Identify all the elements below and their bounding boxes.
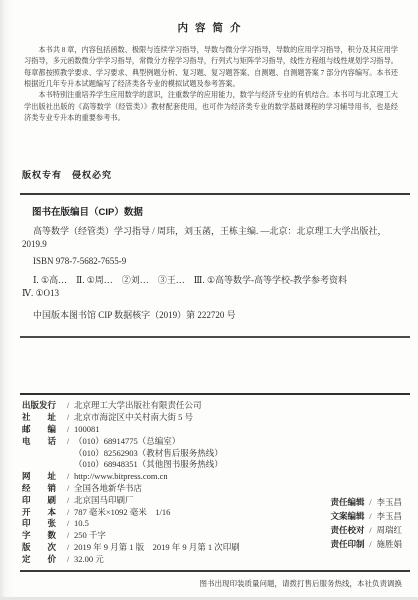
content-summary-paragraph-2: 本书特别注重培养学生应用数学的意识，注重数学的应用能力，数学与经济专业的有机结合… xyxy=(24,90,398,124)
divider-rule-middle xyxy=(20,336,410,338)
slash-separator: / xyxy=(62,483,74,495)
colophon-row-address: 社 址/北京市海淀区中关村南大街 5 号 xyxy=(22,412,406,424)
colophon-value: 全国各地新华书店 xyxy=(74,483,406,495)
colophon-row-distributor: 经 销/全国各地新华书店 xyxy=(22,483,406,495)
cip-title-line-1: 高等数学（经管类）学习指导 / 周玮，刘玉菡，王栋主编. —北京：北京理工大学出… xyxy=(22,225,406,238)
cip-classification: Ⅰ. ①高… Ⅱ. ①周… ②刘… ③王… Ⅲ. ①高等数学-高等学校-教学参考… xyxy=(22,274,406,300)
staff-label: 责任印制 xyxy=(330,537,364,551)
quality-service-note: 图书出现印装质量问题，请拨打售后服务热线，本社负责调换 xyxy=(0,578,402,589)
slash-separator: / xyxy=(62,471,74,483)
book-copyright-page: 内容简介 本书共 8 章，内容包括函数、极限与连续学习指导，导数与微分学习指导，… xyxy=(0,0,418,600)
slash-separator: / xyxy=(364,537,376,551)
cip-data-heading: 图书在版编目（CIP）数据 xyxy=(32,204,418,218)
colophon-row-phone-1: 电 话/（010）68914775（总编室） xyxy=(22,436,406,448)
colophon-value: 北京理工大学出版社有限责任公司 xyxy=(74,400,406,412)
colophon-value: 100081 xyxy=(74,424,406,436)
slash-separator: / xyxy=(364,509,376,523)
cip-classification-line-2: Ⅳ. ①O13 xyxy=(22,287,406,300)
colophon-row-price: 定 价/32.00 元 xyxy=(22,554,406,566)
colophon-label: 邮 编 xyxy=(22,424,62,436)
staff-credits-block: 责任编辑/李玉昌 文案编辑/李玉昌 责任校对/周瑞红 责任印制/施胜娟 xyxy=(330,495,402,551)
staff-label: 责任编辑 xyxy=(330,495,364,509)
colophon-label: 社 址 xyxy=(22,412,62,424)
isbn-number: ISBN 978-7-5682-7655-9 xyxy=(33,255,418,268)
staff-label: 责任校对 xyxy=(330,523,364,537)
colophon-label: 经 销 xyxy=(22,483,62,495)
staff-name: 施胜娟 xyxy=(376,537,402,551)
cip-classification-line-1: Ⅰ. ①高… Ⅱ. ①周… ②刘… ③王… Ⅲ. ①高等数学-高等学校-教学参考… xyxy=(22,274,406,287)
slash-separator xyxy=(62,459,74,471)
staff-row-print-supervisor: 责任印制/施胜娟 xyxy=(330,537,402,551)
colophon-label: 印 张 xyxy=(22,518,62,530)
staff-label: 文案编辑 xyxy=(330,509,364,523)
slash-separator: / xyxy=(62,436,74,448)
colophon-row-phone-2: （010）82562903（教材售后服务热线） xyxy=(22,448,406,460)
colophon-row-phone-3: （010）68948351（其他图书服务热线） xyxy=(22,459,406,471)
slash-separator: / xyxy=(62,518,74,530)
staff-row-editor: 责任编辑/李玉昌 xyxy=(330,495,402,509)
colophon-value: 32.00 元 xyxy=(74,554,406,566)
divider-rule-top xyxy=(20,193,410,195)
colophon-value: （010）68914775（总编室） xyxy=(74,436,406,448)
colophon-label: 开 本 xyxy=(22,507,62,519)
content-summary-title: 内容简介 xyxy=(0,0,418,35)
copyright-notice: 版权专有 侵权必究 xyxy=(22,168,418,181)
divider-rule-bottom xyxy=(20,570,410,572)
colophon-label xyxy=(22,459,62,471)
staff-row-proofreader: 责任校对/周瑞红 xyxy=(330,523,402,537)
slash-separator: / xyxy=(62,400,74,412)
slash-separator: / xyxy=(364,495,376,509)
colophon-row-website: 网 址/http://www.bitpress.com.cn xyxy=(22,471,406,483)
cip-title-entry: 高等数学（经管类）学习指导 / 周玮，刘玉菡，王栋主编. —北京：北京理工大学出… xyxy=(22,225,406,251)
website-url: http://www.bitpress.com.cn xyxy=(74,471,406,483)
colophon-label: 网 址 xyxy=(22,471,62,483)
slash-separator: / xyxy=(62,542,74,554)
colophon-label: 定 价 xyxy=(22,554,62,566)
slash-separator: / xyxy=(62,530,74,542)
colophon-value: （010）82562903（教材售后服务热线） xyxy=(74,448,406,460)
slash-separator: / xyxy=(62,554,74,566)
slash-separator: / xyxy=(62,495,74,507)
slash-separator xyxy=(62,448,74,460)
slash-separator: / xyxy=(62,507,74,519)
slash-separator: / xyxy=(62,412,74,424)
staff-name: 周瑞红 xyxy=(376,523,402,537)
content-summary-paragraph-1: 本书共 8 章，内容包括函数、极限与连续学习指导，导数与微分学习指导，导数的应用… xyxy=(24,45,398,90)
colophon-label: 印 刷 xyxy=(22,495,62,507)
divider-rule-colophon-top xyxy=(20,393,410,395)
cip-record-number: 中国版本图书馆 CIP 数据核字（2019）第 222720 号 xyxy=(33,308,418,321)
staff-name: 李玉昌 xyxy=(376,509,402,523)
colophon-label: 版 次 xyxy=(22,542,62,554)
colophon-label xyxy=(22,448,62,460)
colophon-label: 字 数 xyxy=(22,530,62,542)
colophon-label: 电 话 xyxy=(22,436,62,448)
slash-separator: / xyxy=(364,523,376,537)
colophon-value: 北京市海淀区中关村南大街 5 号 xyxy=(74,412,406,424)
colophon-label: 出版发行 xyxy=(22,400,62,412)
colophon-value: （010）68948351（其他图书服务热线） xyxy=(74,459,406,471)
staff-name: 李玉昌 xyxy=(376,495,402,509)
colophon-row-postcode: 邮 编/100081 xyxy=(22,424,406,436)
slash-separator: / xyxy=(62,424,74,436)
colophon-row-publisher: 出版发行/北京理工大学出版社有限责任公司 xyxy=(22,400,406,412)
cip-title-line-2: 2019.9 xyxy=(22,238,406,251)
staff-row-copy-editor: 文案编辑/李玉昌 xyxy=(330,509,402,523)
